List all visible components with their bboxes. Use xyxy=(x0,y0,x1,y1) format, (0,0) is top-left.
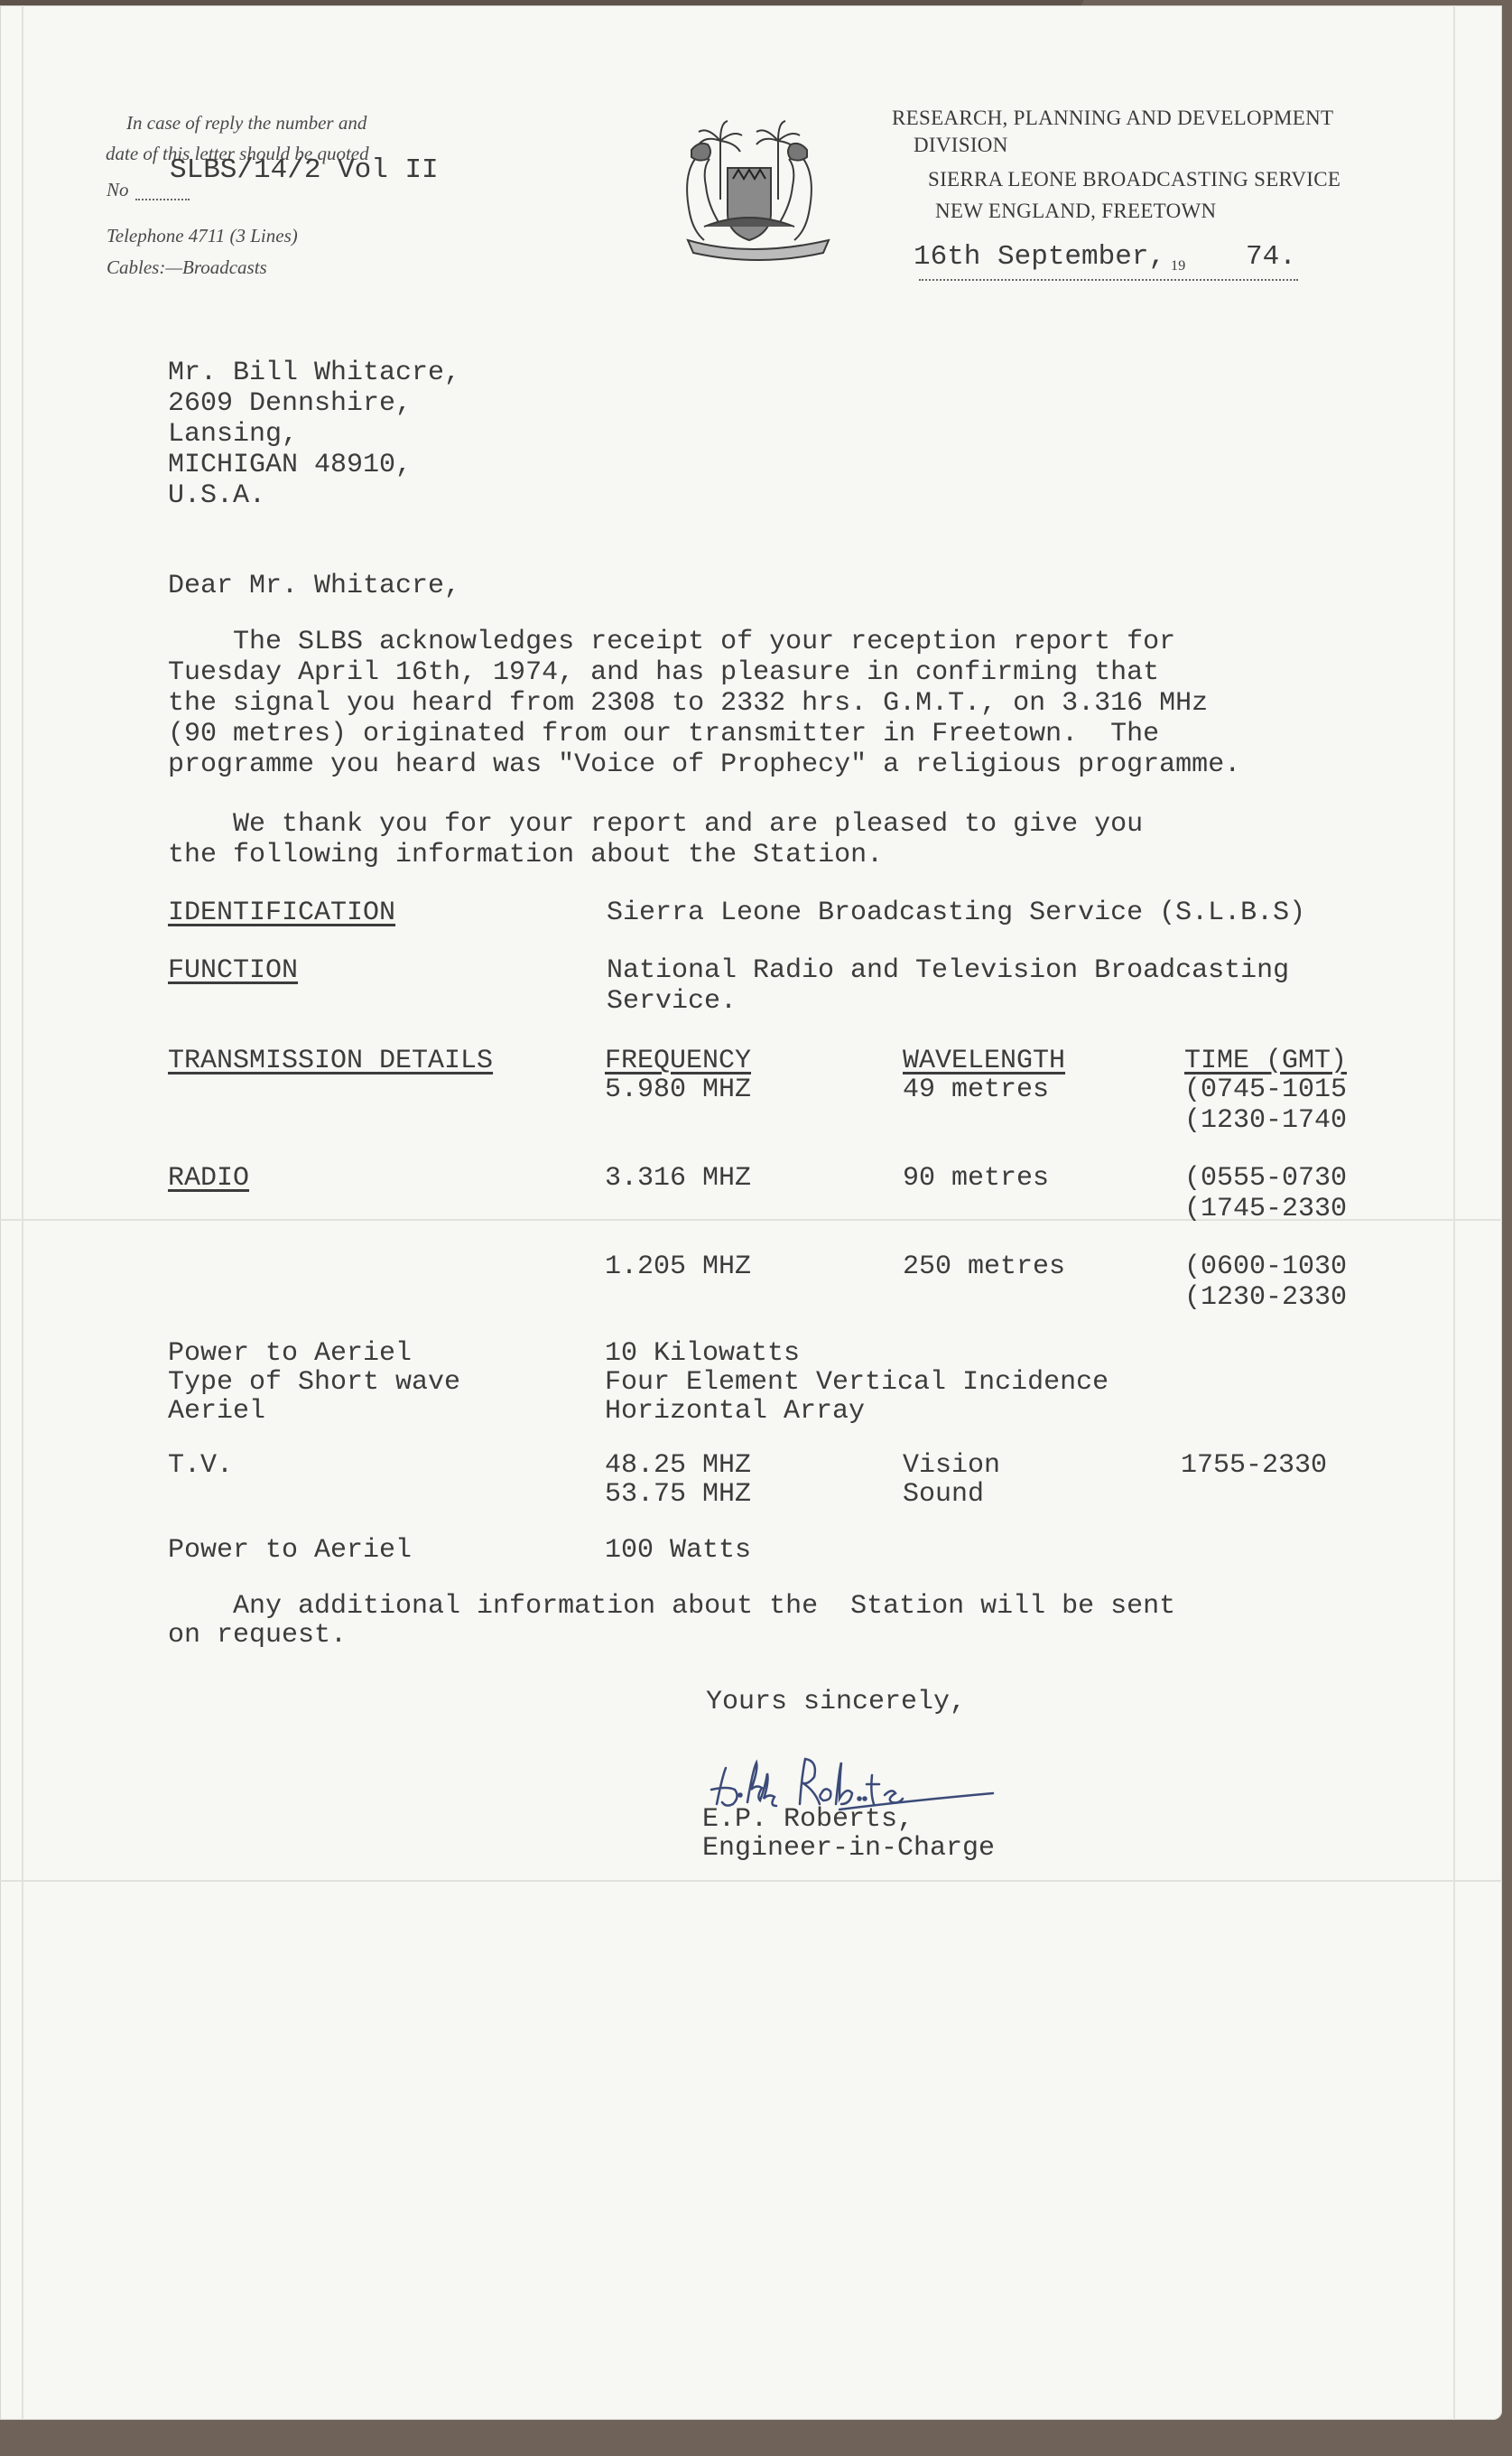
wavelength-cell: 90 metres xyxy=(903,1163,1049,1194)
body-line: We thank you for your report and are ple… xyxy=(168,809,1143,840)
aerial-type-label: Type of Short wave xyxy=(168,1367,460,1398)
additional-info-line: on request. xyxy=(168,1620,347,1651)
handwritten-signature xyxy=(704,1748,1002,1811)
recipient-line: Lansing, xyxy=(168,419,298,450)
coat-of-arms-icon xyxy=(668,114,849,263)
recipient-line: Mr. Bill Whitacre, xyxy=(168,358,460,388)
time-cell: (0600-1030 xyxy=(1184,1251,1347,1282)
time-cell: (1745-2330 xyxy=(1184,1194,1347,1224)
recipient-line: U.S.A. xyxy=(168,480,265,511)
salutation: Dear Mr. Whitacre, xyxy=(168,571,460,601)
wavelength-header: WAVELENGTH xyxy=(903,1046,1065,1076)
time-cell: (0745-1015 xyxy=(1184,1074,1347,1105)
power-label: Power to Aeriel xyxy=(168,1338,412,1369)
time-cell: (0555-0730 xyxy=(1184,1163,1347,1194)
tv-type: Sound xyxy=(903,1479,984,1510)
cables: Cables:—Broadcasts xyxy=(107,256,267,279)
division-line1: RESEARCH, PLANNING AND DEVELOPMENT xyxy=(892,107,1333,130)
tv-label: T.V. xyxy=(168,1450,233,1481)
wavelength-cell: 49 metres xyxy=(903,1074,1049,1105)
date-dotted-line xyxy=(919,279,1298,281)
tv-power-value: 100 Watts xyxy=(605,1535,751,1566)
organization-name: SIERRA LEONE BROADCASTING SERVICE xyxy=(928,168,1340,191)
signer-title: Engineer-in-Charge xyxy=(702,1833,995,1864)
date-year: 74. xyxy=(1246,242,1296,273)
tv-frequency: 48.25 MHZ xyxy=(605,1450,751,1481)
reply-note-line1: In case of reply the number and xyxy=(126,112,366,135)
function-label: FUNCTION xyxy=(168,955,298,986)
division-line2: DIVISION xyxy=(914,134,1008,157)
fold-line xyxy=(0,1880,1502,1882)
time-cell: (1230-2330 xyxy=(1184,1282,1347,1313)
letter-date: 16th September, xyxy=(914,242,1165,273)
date-century: 19 xyxy=(1171,258,1186,274)
recipient-line: 2609 Dennshire, xyxy=(168,388,412,419)
frequency-cell: 1.205 MHZ xyxy=(605,1251,751,1282)
letter-page: In case of reply the number and date of … xyxy=(0,5,1502,2420)
frequency-cell: 5.980 MHZ xyxy=(605,1074,751,1105)
no-label: No xyxy=(107,179,129,201)
time-header: TIME (GMT) xyxy=(1184,1046,1347,1076)
transmission-details-label: TRANSMISSION DETAILS xyxy=(168,1046,493,1076)
aerial-type-value: Four Element Vertical Incidence xyxy=(605,1367,1108,1398)
body-line: programme you heard was "Voice of Prophe… xyxy=(168,749,1240,780)
organization-address: NEW ENGLAND, FREETOWN xyxy=(935,200,1216,223)
body-line: the following information about the Stat… xyxy=(168,840,883,870)
telephone: Telephone 4711 (3 Lines) xyxy=(107,225,298,247)
fold-line xyxy=(22,5,23,2420)
frequency-cell: 3.316 MHZ xyxy=(605,1163,751,1194)
power-value: 10 Kilowatts xyxy=(605,1338,800,1369)
time-cell: (1230-1740 xyxy=(1184,1105,1347,1136)
identification-label: IDENTIFICATION xyxy=(168,898,395,928)
fold-line xyxy=(1453,5,1455,2420)
function-value-cont: Service. xyxy=(607,986,737,1017)
body-line: (90 metres) originated from our transmit… xyxy=(168,719,1159,749)
identification-value: Sierra Leone Broadcasting Service (S.L.B… xyxy=(607,898,1305,928)
frequency-header: FREQUENCY xyxy=(605,1046,751,1076)
additional-info-line: Any additional information about the Sta… xyxy=(168,1591,1175,1622)
tv-time: 1755-2330 xyxy=(1181,1450,1327,1481)
body-line: the signal you heard from 2308 to 2332 h… xyxy=(168,688,1208,719)
tv-type: Vision xyxy=(903,1450,1000,1481)
radio-label: RADIO xyxy=(168,1163,249,1194)
function-value: National Radio and Television Broadcasti… xyxy=(607,955,1289,986)
reference-dotted-line xyxy=(135,199,190,200)
recipient-line: MICHIGAN 48910, xyxy=(168,450,412,480)
body-line: The SLBS acknowledges receipt of your re… xyxy=(168,627,1175,657)
body-line: Tuesday April 16th, 1974, and has pleasu… xyxy=(168,657,1159,688)
wavelength-cell: 250 metres xyxy=(903,1251,1065,1282)
signer-name: E.P. Roberts, xyxy=(702,1804,914,1835)
aerial-type-value-cont: Horizontal Array xyxy=(605,1396,865,1427)
tv-frequency: 53.75 MHZ xyxy=(605,1479,751,1510)
paper-edge-bottom xyxy=(0,2420,1512,2456)
valediction: Yours sincerely, xyxy=(706,1687,966,1717)
reference-number: SLBS/14/2 Vol II xyxy=(170,155,439,186)
aerial-type-label-cont: Aeriel xyxy=(168,1396,265,1427)
tv-power-label: Power to Aeriel xyxy=(168,1535,412,1566)
